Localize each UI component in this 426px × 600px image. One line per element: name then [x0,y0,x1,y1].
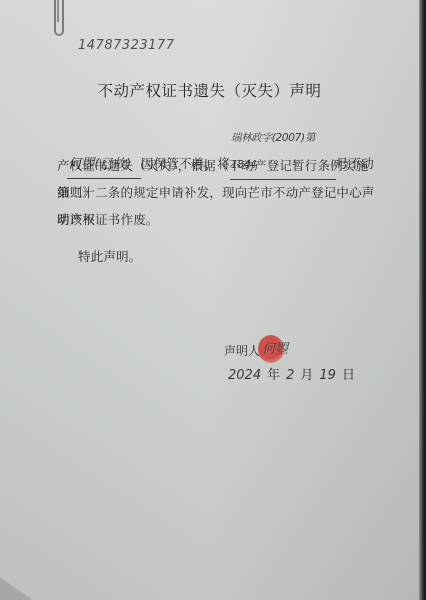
declarant-signature: 何曌 [262,338,288,357]
page-edge-shadow [419,0,426,600]
date-month-unit: 月 [300,368,313,383]
document-title: 不动产权证书遗失（灭失）声明 [0,79,419,101]
date-day-unit: 日 [342,368,355,383]
page-corner-shadow [0,572,40,600]
declaration-date: 2024年2月19日 [228,364,361,383]
date-month: 2 [286,368,294,383]
paper-clip-icon [54,0,64,36]
paper-clip-wire [57,0,59,22]
closing-statement: 特此声明。 [78,243,398,270]
handwritten-reference-number: 14787323177 [78,38,174,53]
body-line-4: 动产权证书作废。 [57,206,377,233]
date-year: 2024 [228,368,261,383]
date-year-unit: 年 [267,368,280,383]
document-page: 14787323177 不动产权证书遗失（灭失）声明 何曌(已故)因保管不善，将… [0,0,419,600]
date-day: 19 [319,368,336,383]
